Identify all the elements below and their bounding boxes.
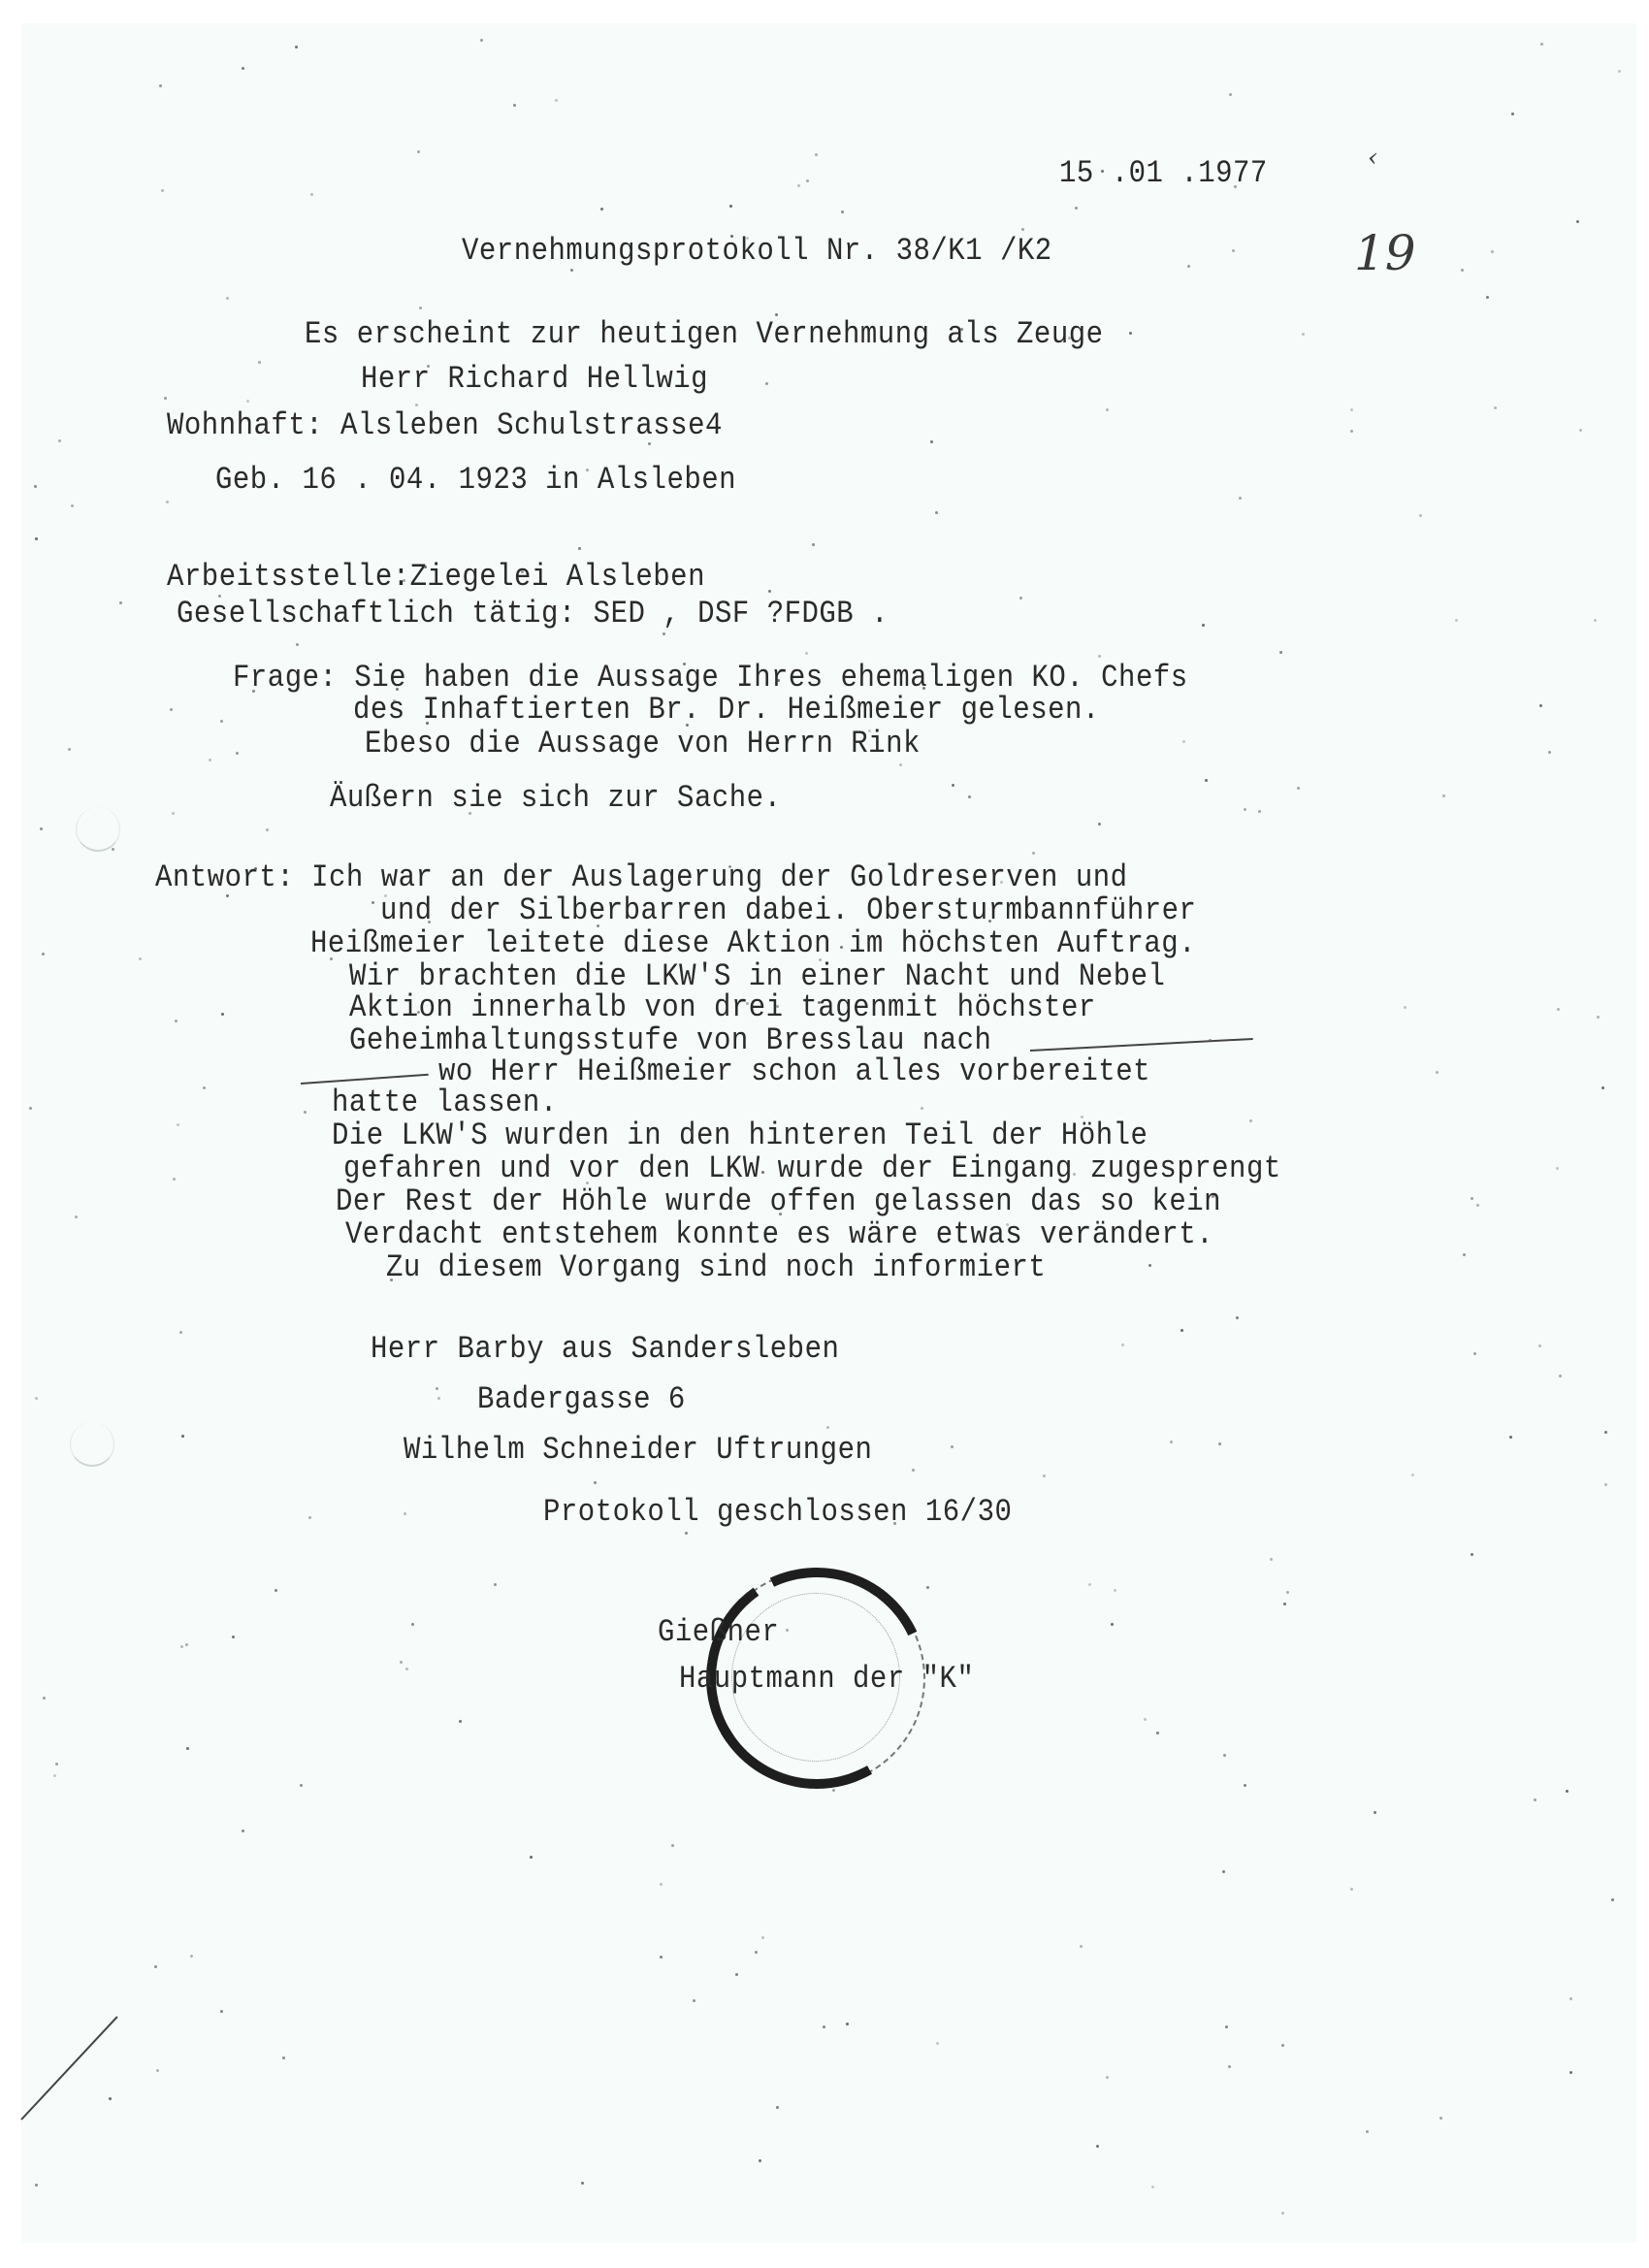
scan-speck [1374,1811,1376,1814]
scan-speck [254,867,257,870]
scan-speck [1286,1591,1289,1594]
scan-speck [139,957,142,960]
scan-speck [1404,1006,1406,1009]
scan-speck [1218,1442,1221,1445]
scan-speck [935,679,938,682]
scan-speck [384,894,387,897]
answer-line-10: gefahren und vor den LKW wurde der Einga… [343,1150,1281,1186]
scan-speck [846,2023,849,2025]
signature-rank: Hauptmann der "K" [679,1661,974,1697]
residence-line: Wohnhaft: Alsleben Schulstrasse4 [167,407,723,443]
scan-speck [1569,2071,1572,2074]
scan-speck [221,1013,224,1016]
question-line-1: Frage: Sie haben die Aussage Ihres ehema… [233,660,1188,696]
witness-name: Herr Richard Hellwig [361,361,708,397]
punch-hole-top [76,807,120,852]
social-line: Gesellschaftlich tätig: SED , DSF ?FDGB … [177,596,889,632]
question-line-3: Ebeso die Aussage von Herrn Rink [365,726,921,761]
scan-speck [1486,296,1489,299]
scan-speck [172,812,175,815]
answer-line-8: hatte lassen. [332,1085,558,1120]
scan-speck [968,795,971,798]
workplace-line: Arbeitsstelle:Ziegelei Alsleben [167,559,705,595]
scan-speck [899,763,902,766]
scan-speck [648,442,651,445]
scan-speck [1366,2130,1369,2133]
scan-speck [840,946,843,949]
scan-speck [812,543,815,546]
answer-line-1: Antwort: Ich war an der Auslagerung der … [155,859,1128,895]
scan-speck [1244,1784,1246,1787]
scan-speck [226,297,229,300]
scan-speck [1182,740,1185,743]
scan-speck [296,643,299,646]
scan-speck [1043,1474,1046,1477]
scan-speck [1019,597,1022,599]
scan-speck [693,1999,695,2002]
scan-speck [746,237,749,240]
scan-speck [53,1774,56,1777]
scan-speck [759,2159,761,2162]
scan-speck [1111,1623,1114,1626]
scan-speck [1156,1732,1159,1734]
scan-speck [417,1011,420,1014]
handwritten-page-number: 19 [1354,225,1416,281]
scan-speck [686,724,689,727]
handwritten-mark: ‹ [1368,144,1377,173]
scan-speck [570,269,573,272]
scan-speck [660,1883,663,1886]
scan-speck [1279,651,1282,654]
scan-speck [935,511,938,514]
scan-speck [1476,1204,1479,1207]
answer-line-12: Verdacht entstehem konnte es wäre etwas … [345,1216,1213,1252]
scan-speck [922,687,925,690]
scan-speck [930,440,933,443]
scan-speck [415,404,418,406]
scan-speck [58,439,61,442]
scan-speck [1180,1329,1183,1332]
scan-speck [1471,1197,1473,1200]
scan-speck [683,663,686,665]
scan-speck [396,688,399,691]
punch-hole-bottom [70,1422,114,1467]
scan-speck [663,632,665,635]
protocol-title: Vernehmungsprotokoll Nr. 38/K1 /K2 [462,233,1052,269]
scan-speck [1129,332,1132,335]
scan-speck [805,652,808,655]
scan-speck [819,958,822,961]
scan-speck [300,1784,303,1787]
scan-speck [1618,70,1621,73]
scan-speck [671,1844,674,1847]
scan-speck [1234,185,1237,188]
scan-speck [581,2182,584,2185]
scan-speck [826,1426,829,1429]
informed-person-1: Herr Barby aus Sandersleben [371,1331,839,1367]
scan-speck [437,1397,440,1400]
scan-speck [220,720,223,723]
signature-name: Gießner [658,1614,779,1650]
scan-speck [688,880,691,883]
informed-person-2: Wilhelm Schneider Uftrungen [404,1432,872,1468]
scan-speck [530,1856,533,1859]
scan-speck [1202,624,1205,627]
scan-speck [190,1955,193,1958]
scan-speck [926,1586,929,1589]
scan-speck [1455,619,1458,622]
question-line-2: des Inhaftierten Br. Dr. Heißmeier geles… [353,692,1100,728]
scan-speck [1170,1441,1173,1443]
scan-speck [161,189,164,192]
scan-speck [404,1512,406,1515]
scan-speck [295,46,298,49]
closing-line: Protokoll geschlossen 16/30 [543,1494,1012,1530]
answer-line-9: Die LKW'S wurden in den hinteren Teil de… [332,1118,1148,1153]
scan-speck [428,921,431,923]
scan-speck [42,953,45,956]
scan-speck [112,848,114,851]
scan-speck [1212,1195,1214,1198]
scan-speck [1098,655,1101,658]
scan-speck [1494,406,1497,409]
scan-speck [1411,1474,1414,1476]
scan-speck [1559,1375,1562,1377]
scan-speck [1539,704,1542,707]
scan-speck [1032,852,1035,855]
question-line-4: Äußern sie sich zur Sache. [330,780,781,816]
answer-line-3: Heißmeier leitete diese Aktion im höchst… [310,925,1196,961]
scan-speck [729,205,732,208]
scan-speck [1098,823,1101,826]
scan-speck [513,104,516,107]
scan-speck [1509,1436,1512,1439]
scan-speck [1442,794,1445,797]
scan-speck [170,708,173,711]
scan-speck [936,2042,939,2045]
informed-person-address: Badergasse 6 [477,1381,686,1417]
scan-speck [390,1279,393,1281]
scan-speck [417,150,420,153]
scan-speck [578,547,581,550]
scan-speck [1473,1352,1476,1355]
scan-speck [597,924,599,927]
scan-speck [242,1830,244,1832]
birth-line: Geb. 16 . 04. 1923 in Alsleben [215,462,736,498]
scan-speck [35,537,38,540]
scan-speck [806,179,809,182]
scan-speck [988,920,991,923]
scan-speck [818,1001,821,1004]
scan-speck [403,579,405,582]
scan-speck [1569,1997,1572,2000]
intro-line: Es erscheint zur heutigen Vernehmung als… [305,316,1104,352]
scan-speck [209,759,211,761]
scan-speck [691,1130,694,1133]
scan-speck [185,1643,188,1646]
answer-line-13: Zu diesem Vorgang sind noch informiert [386,1249,1046,1285]
answer-line-5: Aktion innerhalb von drei tagenmit höchs… [349,989,1096,1025]
scan-speck [815,153,818,156]
scan-speck [786,1629,789,1632]
scan-speck [469,812,471,815]
scan-speck [1436,1071,1439,1074]
scan-speck [1232,249,1235,252]
answer-line-2: und der Silberbarren dabei. Obersturmban… [380,892,1196,928]
scan-speck [304,1111,307,1114]
scan-speck [411,1623,414,1626]
scan-speck [765,382,768,385]
scan-speck [1556,1167,1559,1170]
scan-speck [220,2010,223,2013]
scan-speck [1239,497,1242,500]
scan-speck [776,1005,779,1008]
scan-speck [1121,1344,1124,1346]
scan-speck [1350,430,1353,433]
